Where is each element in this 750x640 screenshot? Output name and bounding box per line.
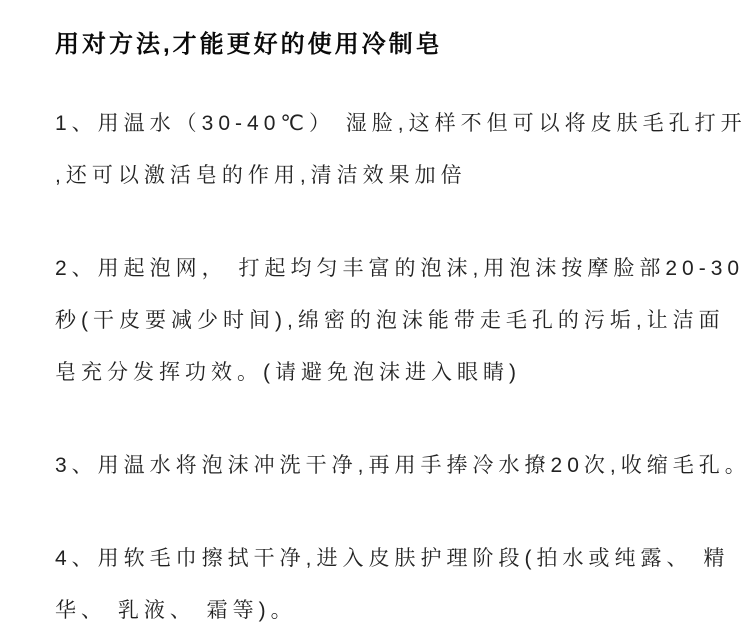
page-title: 用对方法,才能更好的使用冷制皂 bbox=[55, 30, 698, 60]
text-line: 皂充分发挥功效。(请避免泡沫进入眼睛) bbox=[55, 347, 698, 399]
instruction-step-1: 1、用温水（30-40℃） 湿脸,这样不但可以将皮肤毛孔打开 ,还可以激活皂的作… bbox=[55, 98, 698, 202]
text-line: 华、 乳液、 霜等)。 bbox=[55, 585, 698, 637]
instruction-step-4: 4、用软毛巾擦拭干净,进入皮肤护理阶段(拍水或纯露、 精 华、 乳液、 霜等)。 bbox=[55, 533, 698, 637]
text-line: 4、用软毛巾擦拭干净,进入皮肤护理阶段(拍水或纯露、 精 bbox=[55, 533, 698, 585]
text-line: 3、用温水将泡沫冲洗干净,再用手捧冷水撩20次,收缩毛孔。 bbox=[55, 440, 698, 492]
text-line: 2、用起泡网， 打起均匀丰富的泡沫,用泡沫按摩脸部20-30 bbox=[55, 243, 698, 295]
soap-usage-instructions: 用对方法,才能更好的使用冷制皂 1、用温水（30-40℃） 湿脸,这样不但可以将… bbox=[0, 0, 750, 640]
text-line: ,还可以激活皂的作用,清洁效果加倍 bbox=[55, 150, 698, 202]
instruction-step-2: 2、用起泡网， 打起均匀丰富的泡沫,用泡沫按摩脸部20-30 秒(干皮要减少时间… bbox=[55, 243, 698, 399]
text-line: 秒(干皮要减少时间),绵密的泡沫能带走毛孔的污垢,让洁面 bbox=[55, 295, 698, 347]
instruction-step-3: 3、用温水将泡沫冲洗干净,再用手捧冷水撩20次,收缩毛孔。 bbox=[55, 440, 698, 492]
text-line: 1、用温水（30-40℃） 湿脸,这样不但可以将皮肤毛孔打开 bbox=[55, 98, 698, 150]
